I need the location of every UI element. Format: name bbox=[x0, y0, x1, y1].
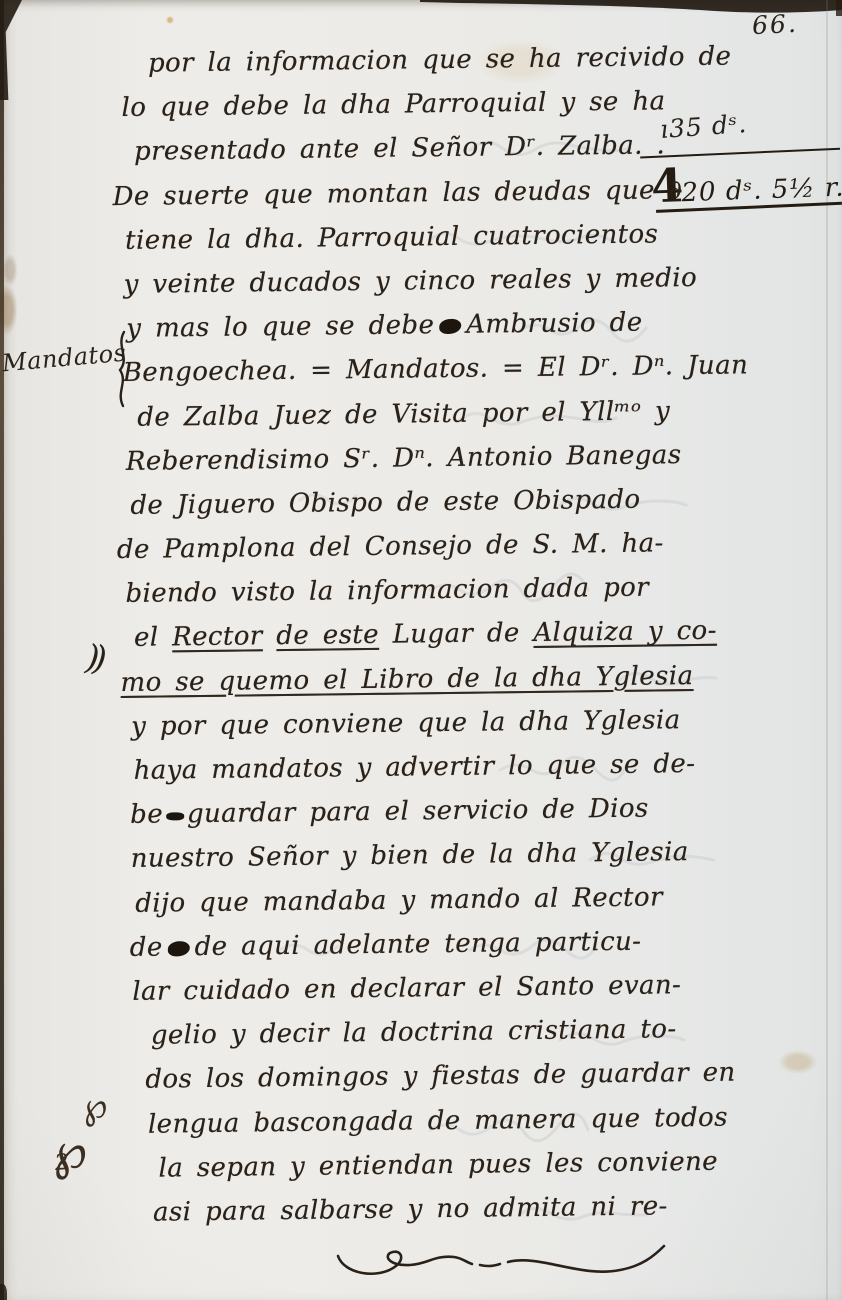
manuscript-line-segment: de Jiguero Obispo de este Obispado bbox=[130, 485, 640, 521]
manuscript-line: la sepan y entiendan pues les conviene bbox=[124, 1139, 784, 1191]
manuscript-line-segment: y por que conviene que la dha Yglesia bbox=[131, 705, 681, 742]
margin-flourish-2-icon: ℘2 bbox=[50, 1121, 89, 1181]
manuscript-line: mo se quemo el Libro de la dha Yglesia bbox=[118, 653, 778, 705]
end-flourish-icon bbox=[330, 1240, 670, 1286]
manuscript-line: por la informacion que se ha recivido de bbox=[111, 34, 771, 86]
manuscript-line-segment: de Zalba Juez de Visita por el Yllᵐᵒ y bbox=[137, 396, 670, 433]
manuscript-line-segment: haya mandatos y advertir lo que se de- bbox=[133, 749, 695, 786]
manuscript-line: y veinte ducados y cinco reales y medio bbox=[113, 255, 773, 307]
manuscript-line: lengua bascongada de manera que todos bbox=[124, 1094, 784, 1146]
manuscript-line-segment: asi para salbarse y no admita ni re- bbox=[153, 1191, 668, 1227]
manuscript-line: De suerte que montan las deudas que ∂ bbox=[112, 167, 772, 219]
manuscript-line-segment: mo se quemo el Libro de la dha Yglesia bbox=[120, 661, 693, 698]
manuscript-line-segment bbox=[262, 622, 276, 652]
manuscript-line-segment: guardar para el servicio de Dios bbox=[187, 794, 649, 830]
manuscript-line-segment: Reberendisimo Sʳ. Dⁿ. Antonio Banegas bbox=[126, 440, 682, 477]
manuscript-line-segment: la sepan y entiendan pues les conviene bbox=[158, 1146, 718, 1183]
manuscript-line-segment: Ambrusio de bbox=[466, 308, 643, 340]
manuscript-line-segment: Bengoechea. = Mandatos. = El Dʳ. Dⁿ. Jua… bbox=[123, 351, 749, 389]
manuscript-line-segment: nuestro Señor y bien de la dha Yglesia bbox=[131, 837, 689, 874]
manuscript-line-segment: de bbox=[130, 932, 163, 962]
manuscript-line: haya mandatos y advertir lo que se de- bbox=[119, 741, 779, 793]
manuscript-line: Bengoechea. = Mandatos. = El Dʳ. Dⁿ. Jua… bbox=[115, 343, 775, 395]
manuscript-line-segment: Rector bbox=[172, 622, 263, 653]
ink-blot bbox=[168, 941, 190, 956]
manuscript-line: Reberendisimo Sʳ. Dⁿ. Antonio Banegas bbox=[116, 432, 776, 484]
manuscript-text: por la informacion que se ha recivido de… bbox=[111, 34, 786, 1235]
manuscript-line-segment: por la informacion que se ha recivido de bbox=[148, 41, 732, 78]
manuscript-line-segment: gelio y decir la doctrina cristiana to- bbox=[151, 1014, 677, 1050]
manuscript-line-segment: lo que debe la dha Parroquial y se ha bbox=[121, 86, 665, 123]
manuscript-line-segment: be bbox=[130, 800, 163, 830]
manuscript-line: asi para salbarse y no admita ni re- bbox=[125, 1183, 785, 1235]
manuscript-scan: 66. ı35 dˢ. 420 dˢ. 5½ r. Mandatos )) ℘ … bbox=[0, 0, 842, 1300]
manuscript-line-segment: Alquiza y co- bbox=[533, 616, 717, 648]
manuscript-line-segment: y veinte ducados y cinco reales y medio bbox=[124, 263, 698, 300]
manuscript-line-segment: el bbox=[134, 623, 173, 653]
manuscript-line-segment: presentado ante el Señor Dʳ. Zalba. . bbox=[134, 131, 665, 167]
ink-blot bbox=[166, 812, 184, 820]
ink-blot bbox=[439, 319, 461, 334]
manuscript-line-segment: de aqui adelante tenga particu- bbox=[194, 926, 641, 961]
manuscript-line-segment: De suerte que montan las deudas que ∂ bbox=[112, 175, 682, 212]
manuscript-line-segment: dos los domingos y fiestas de guardar en bbox=[145, 1058, 735, 1095]
manuscript-line-segment: biendo visto la informacion dada por bbox=[125, 573, 649, 609]
manuscript-line-segment: Lugar de bbox=[379, 618, 534, 650]
manuscript-line-segment: dijo que mandaba y mando al Rector bbox=[135, 882, 663, 918]
manuscript-line: el Rector de este Lugar de Alquiza y co- bbox=[118, 608, 778, 660]
paper-topright-corner bbox=[836, 0, 842, 16]
manuscript-line-segment: tiene la dha. Parroquial cuatrocientos bbox=[125, 219, 658, 256]
manuscript-line-segment: y mas lo que se debe bbox=[126, 310, 434, 344]
paper-bottomleft-corner bbox=[0, 1284, 7, 1300]
manuscript-line-segment: lar cuidado en declarar el Santo evan- bbox=[132, 970, 681, 1007]
manuscript-line-segment: lengua bascongada de manera que todos bbox=[148, 1102, 728, 1139]
manuscript-line: dos los domingos y fiestas de guardar en bbox=[123, 1050, 783, 1102]
manuscript-line: nuestro Señor y bien de la dha Yglesia bbox=[120, 829, 780, 881]
paper-left-edge bbox=[0, 0, 4, 1300]
manuscript-line-segment: de Pamplona del Consejo de S. M. ha- bbox=[117, 528, 664, 565]
manuscript-line-segment: de este bbox=[276, 620, 379, 651]
flourish-number: 2 bbox=[54, 1150, 70, 1176]
